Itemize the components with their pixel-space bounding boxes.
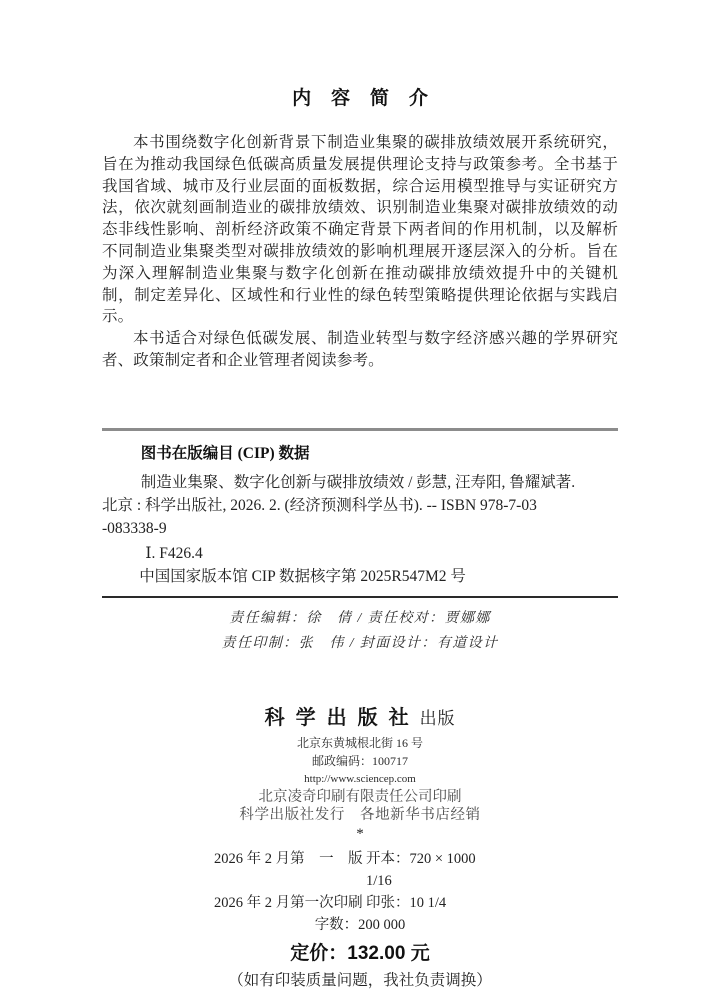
publisher-website: http://www.sciencep.com (102, 770, 618, 788)
cip-entry-line-1: 制造业集聚、数字化创新与碳排放绩效 / 彭慧, 汪寿阳, 鲁耀斌著. (102, 471, 618, 494)
edition-date-2: 2026 年 2 月第一次印刷 (214, 892, 366, 914)
publisher-address: 北京东黄城根北街 16 号 (102, 734, 618, 752)
intro-paragraph-2: 本书适合对绿色低碳发展、制造业转型与数字经济感兴趣的学界研究者、政策制定者和企业… (102, 328, 618, 372)
publisher-logo-line: 科学出版社出版 (102, 706, 618, 732)
copyright-page: 内容简介 本书围绕数字化创新背景下制造业集聚的碳排放绩效展开系统研究，旨在为推动… (0, 0, 720, 1000)
edition-sheets: 印张：10 1/4 (366, 892, 506, 914)
credits-line-2: 责任印制：张 伟 / 封面设计：有道设计 (102, 631, 618, 656)
publisher-imprint-label: 出版 (420, 709, 456, 728)
page-content: 内容简介 本书围绕数字化创新背景下制造业集聚的碳排放绩效展开系统研究，旨在为推动… (0, 86, 720, 992)
cip-entry-line-2: 北京 : 科学出版社, 2026. 2. (经济预测科学丛书). -- ISBN… (102, 494, 618, 517)
edition-block: 2026 年 2 月第 一 版 开本：720 × 1000 1/16 2026 … (214, 848, 506, 936)
intro-paragraph-1: 本书围绕数字化创新背景下制造业集聚的碳排放绩效展开系统研究，旨在为推动我国绿色低… (102, 132, 618, 328)
cip-entry: 制造业集聚、数字化创新与碳排放绩效 / 彭慧, 汪寿阳, 鲁耀斌著. 北京 : … (102, 471, 618, 540)
word-count-line: 字数：200 000 (214, 914, 506, 936)
edition-date-1: 2026 年 2 月第 一 版 (214, 848, 366, 892)
divider-rule-top (102, 428, 618, 431)
quality-note: （如有印装质量问题，我社负责调换） (102, 970, 618, 992)
staff-credits: 责任编辑：徐 倩 / 责任校对：贾娜娜 责任印制：张 伟 / 封面设计：有道设计 (102, 606, 618, 656)
divider-rule-bottom (102, 596, 618, 598)
edition-row-2: 2026 年 2 月第一次印刷 印张：10 1/4 (214, 892, 506, 914)
cip-classification: Ⅰ. F426.4 (102, 542, 618, 565)
publisher-block: 科学出版社出版 北京东黄城根北街 16 号 邮政编码：100717 http:/… (102, 706, 618, 842)
edition-row-1: 2026 年 2 月第 一 版 开本：720 × 1000 1/16 (214, 848, 506, 892)
edition-format: 开本：720 × 1000 1/16 (366, 848, 506, 892)
distribution-line: 科学出版社发行 各地新华书店经销 (102, 806, 618, 824)
publisher-postcode: 邮政编码：100717 (102, 752, 618, 770)
page-title: 内容简介 (102, 86, 618, 112)
cip-entry-line-3: -083338-9 (102, 517, 618, 540)
asterisk-divider: * (102, 826, 618, 842)
printer-line: 北京凌奇印刷有限责任公司印刷 (102, 788, 618, 806)
publisher-logo: 科学出版社 (265, 707, 420, 729)
price-line: 定价：132.00 元 (102, 942, 618, 966)
cip-record-number: 中国国家版本馆 CIP 数据核字第 2025R547M2 号 (102, 565, 618, 588)
cip-heading: 图书在版编目 (CIP) 数据 (102, 443, 618, 465)
credits-line-1: 责任编辑：徐 倩 / 责任校对：贾娜娜 (102, 606, 618, 631)
